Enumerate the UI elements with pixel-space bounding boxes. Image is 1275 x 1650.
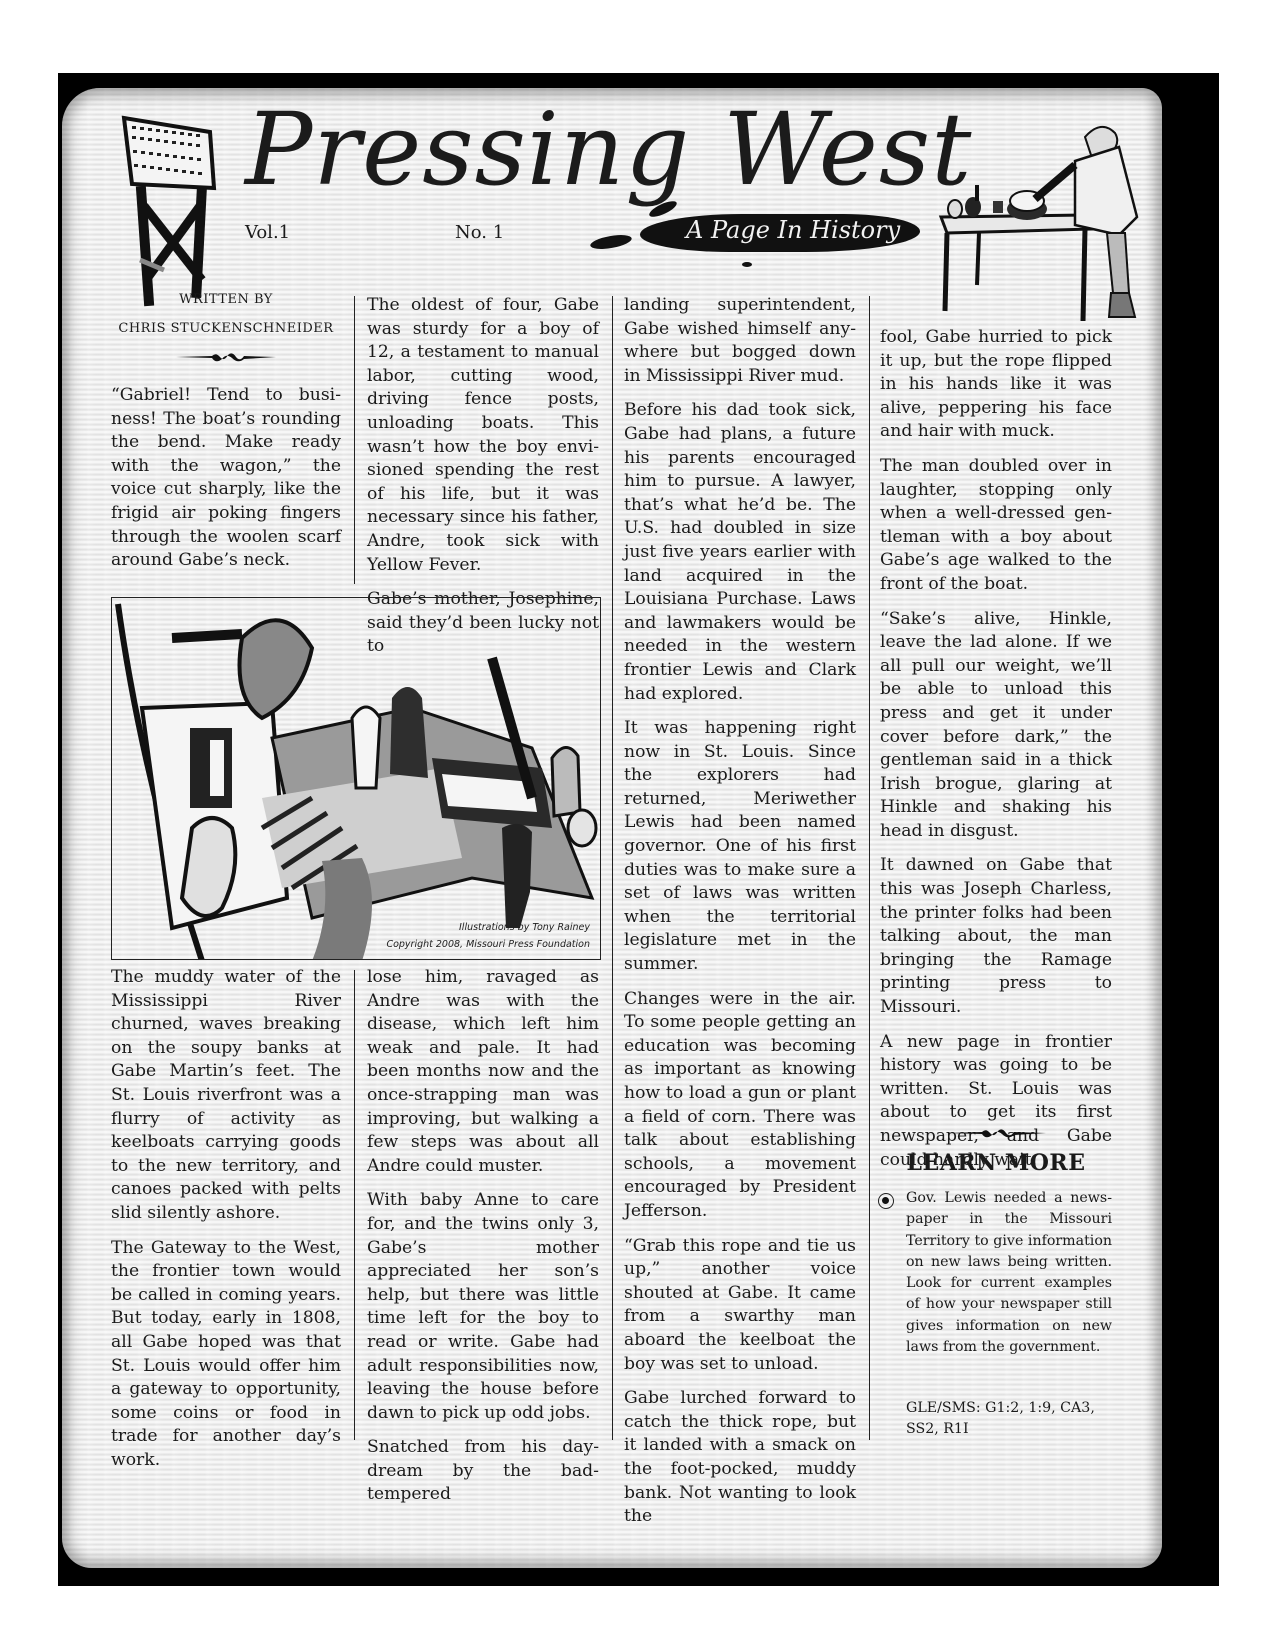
flourish-divider-icon [176, 350, 276, 364]
masthead-title: Pressing West [245, 100, 945, 200]
article-column-1-top: “Gabriel! Tend to busi­ness! The boat’s … [111, 384, 341, 584]
byline-author: CHRIS STUCKENSCHNEIDER [110, 321, 342, 336]
masthead-tagline: A Page In History [686, 216, 900, 244]
illustrator-credit: Illustrations by Tony Rainey [386, 919, 590, 936]
article-column-2-bottom: lose him, ravaged as Andre was with the … [367, 966, 599, 1518]
paragraph: With baby Anne to care for, and the twin… [367, 1189, 599, 1425]
paragraph: The muddy water of the Mississippi River… [111, 966, 341, 1226]
paragraph: The Gateway to the West, the frontier to… [111, 1237, 341, 1473]
paragraph: fool, Gabe hurried to pick it up, but th… [880, 326, 1112, 444]
paragraph: “Sake’s alive, Hinkle, leave the lad alo… [880, 608, 1112, 844]
standards-codes: GLE/SMS: G1:2, 1:9, CA3, SS2, R1I [906, 1398, 1112, 1441]
paragraph: Before his dad took sick, Gabe had plans… [624, 399, 856, 706]
copyright-notice: Copyright 2008, Missouri Press Foundatio… [386, 936, 590, 953]
printer-at-table-illustration [935, 115, 1145, 325]
paragraph: lose him, ravaged as Andre was with the … [367, 966, 599, 1178]
paragraph: The man doubled over in laughter, stoppi… [880, 455, 1112, 597]
keelboat-unloading-illustration [112, 598, 601, 960]
issue-number: No. 1 [455, 222, 504, 243]
byline: WRITTEN BY CHRIS STUCKENSCHNEIDER [110, 292, 342, 364]
column-rule [869, 296, 870, 1440]
paragraph: Gabe lurched forward to catch the thick … [624, 1387, 856, 1529]
article-column-1-bottom: The muddy water of the Mississippi River… [111, 966, 341, 1483]
paragraph: The oldest of four, Gabe was sturdy for … [367, 294, 599, 577]
paragraph: It dawned on Gabe that this was Joseph C… [880, 854, 1112, 1019]
paragraph: Changes were in the air. To some people … [624, 988, 856, 1224]
flourish-divider-icon [946, 1126, 1046, 1140]
paragraph: Snatched from his day­dream by the bad-t… [367, 1436, 599, 1507]
paragraph: “Gabriel! Tend to busi­ness! The boat’s … [111, 384, 341, 573]
column-rule [354, 296, 355, 584]
paragraph: landing superintendent, Gabe wished hims… [624, 294, 856, 388]
learn-more-heading: LEARN MORE [880, 1150, 1112, 1176]
byline-label: WRITTEN BY [110, 292, 342, 307]
ink-splash-decoration [742, 262, 752, 267]
column-rule [354, 970, 355, 1440]
column-rule [612, 296, 613, 1440]
riverfront-illustration: Illustrations by Tony Rainey Copyright 2… [111, 597, 601, 960]
paragraph: It was happening right now in St. Louis.… [624, 717, 856, 977]
radio-bullet-icon [878, 1193, 894, 1209]
type-case-press-icon [110, 110, 220, 310]
article-column-3: landing superintendent, Gabe wished hims… [624, 294, 856, 1540]
illustration-credit: Illustrations by Tony Rainey Copyright 2… [386, 919, 590, 953]
article-column-4: fool, Gabe hurried to pick it up, but th… [880, 326, 1112, 1183]
volume-number: Vol.1 [245, 222, 290, 243]
paragraph: “Grab this rope and tie us up,” another … [624, 1235, 856, 1377]
learn-more-text: Gov. Lewis needed a news­paper in the Mi… [906, 1188, 1112, 1358]
